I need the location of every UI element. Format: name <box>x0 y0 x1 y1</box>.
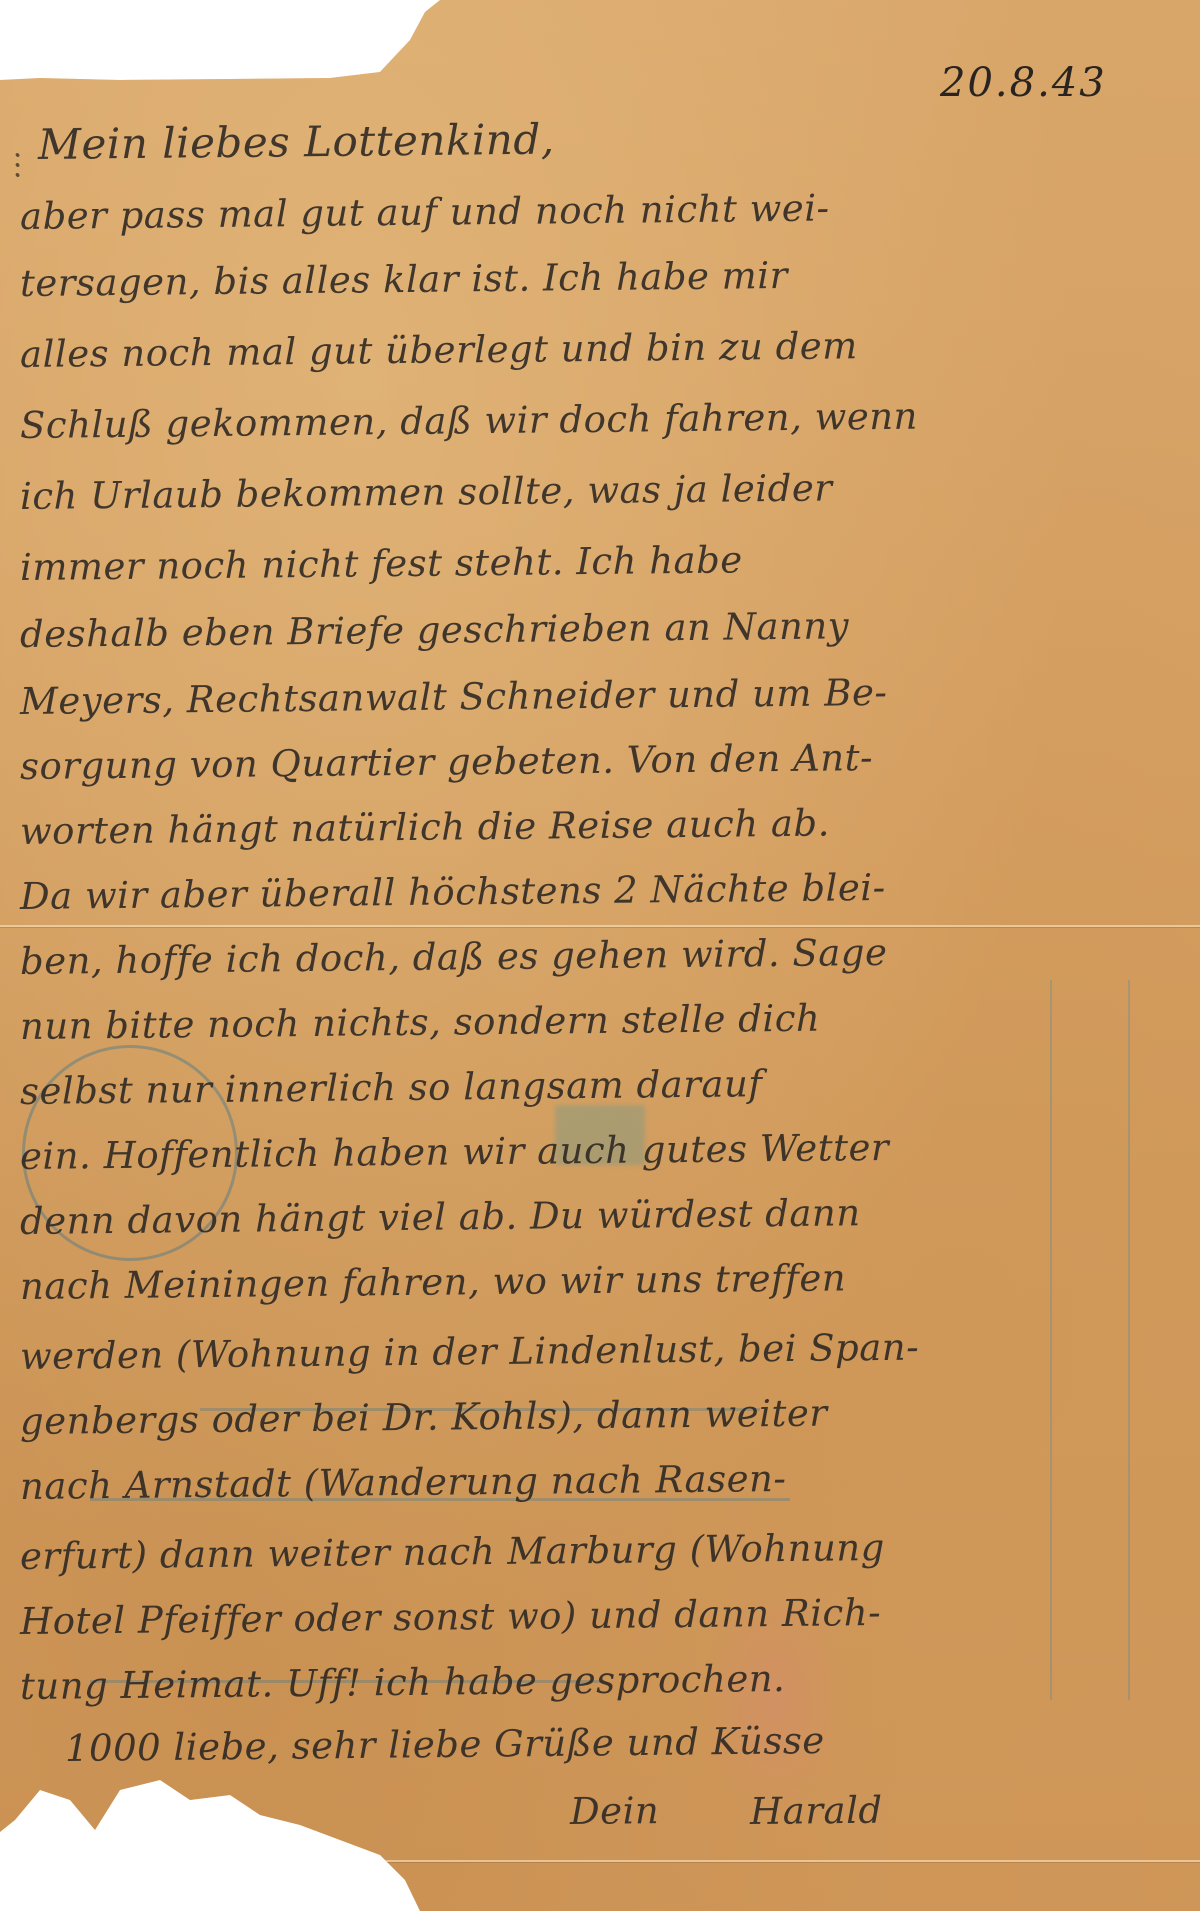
letter-line: ein. Hoffentlich haben wir auch gutes We… <box>20 1126 889 1178</box>
letter-line: ben, hoffe ich doch, daß es gehen wird. … <box>20 931 888 983</box>
letter-line: aber pass mal gut auf und noch nicht wei… <box>20 187 830 238</box>
letter-line: sorgung von Quartier gebeten. Von den An… <box>20 736 873 788</box>
letter-line: tung Heimat. Uff! ich habe gesprochen. <box>20 1657 786 1708</box>
fold-crease <box>0 1860 1200 1862</box>
margin-note: … <box>0 150 27 180</box>
letter-line: 1000 liebe, sehr liebe Grüße und Küsse <box>65 1719 825 1770</box>
letter-line: immer noch nicht fest steht. Ich habe <box>20 538 743 589</box>
stamp-border-line <box>1050 980 1052 1700</box>
letter-line: nun bitte noch nichts, sondern stelle di… <box>20 997 821 1048</box>
letter-line: erfurt) dann weiter nach Marburg (Wohnun… <box>20 1526 885 1578</box>
letter-line: werden (Wohnung in der Lindenlust, bei S… <box>20 1326 920 1378</box>
letter-line: ich Urlaub bekommen sollte, was ja leide… <box>20 466 833 518</box>
salutation: Mein liebes Lottenkind, <box>38 115 555 169</box>
letter-date: 20.8.43 <box>940 60 1107 106</box>
letter-line: nach Arnstadt (Wanderung nach Rasen- <box>20 1457 787 1508</box>
letter-line: selbst nur innerlich so langsam darauf <box>20 1062 763 1113</box>
letter-line: deshalb eben Briefe geschrieben an Nanny <box>20 604 850 656</box>
letter-line: Da wir aber überall höchstens 2 Nächte b… <box>20 866 886 918</box>
letter-line: Meyers, Rechtsanwalt Schneider und um Be… <box>20 671 888 723</box>
fold-crease <box>0 925 1200 927</box>
letter-line: nach Meiningen fahren, wo wir uns treffe… <box>20 1256 847 1308</box>
letter-line: tersagen, bis alles klar ist. Ich habe m… <box>20 254 788 305</box>
letter-line: denn davon hängt viel ab. Du würdest dan… <box>20 1191 861 1243</box>
letter-paper: … 20.8.43 Mein liebes Lottenkind, aber p… <box>0 0 1200 1911</box>
stamp-border-line <box>1128 980 1130 1700</box>
letter-line: alles noch mal gut überlegt und bin zu d… <box>20 324 858 376</box>
letter-line: Schluß gekommen, daß wir doch fahren, we… <box>20 395 918 447</box>
letter-line: genbergs oder bei Dr. Kohls), dann weite… <box>20 1392 828 1443</box>
letter-line: worten hängt natürlich die Reise auch ab… <box>20 802 830 853</box>
letter-line: Hotel Pfeiffer oder sonst wo) und dann R… <box>20 1591 882 1643</box>
closing: Dein <box>570 1789 660 1833</box>
signature: Harald <box>750 1789 883 1833</box>
